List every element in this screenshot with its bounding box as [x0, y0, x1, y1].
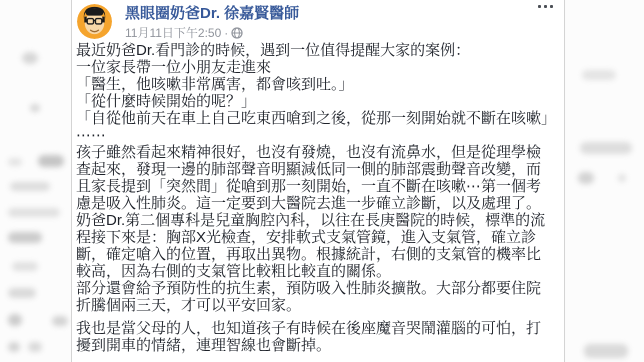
author-link[interactable]: 黑眼圈奶爸Dr. 徐嘉賢醫師: [125, 5, 299, 22]
cartoon-dad-avatar-icon: [77, 4, 112, 39]
post-paragraph: 一位家長帶一位小朋友走進來: [76, 59, 551, 76]
post-paragraph: 「從什麼時候開始的呢？」: [76, 93, 551, 110]
post-paragraph: 「自從他前天在車上自己吃東西嗆到之後，從那一刻開始就不斷在咳嗽」: [76, 110, 551, 127]
post-paragraph: 部分還會給予預防性的抗生素，預防吸入性肺炎擴散。大部分都要住院折騰個兩三天，才可…: [76, 280, 551, 314]
post-card: 黑眼圈奶爸Dr. 徐嘉賢醫師 11月11日下午2:50 ·: [71, 0, 565, 362]
post-header: 黑眼圈奶爸Dr. 徐嘉賢醫師 11月11日下午2:50 ·: [72, 0, 564, 40]
post-paragraph: 奶爸Dr.第二個專科是兒童胸腔內科，以往在長庚醫院的時候，標準的流程接下來是：胸…: [76, 212, 551, 280]
meta-separator: ·: [224, 26, 228, 40]
post-paragraph: 孩子雖然看起來精神很好，也沒有發燒，也沒有流鼻水，但是從理學檢查起來，發現一邊的…: [76, 144, 551, 212]
post-options-button[interactable]: [535, 3, 556, 10]
post-meta-row: 11月11日下午2:50 ·: [125, 24, 556, 41]
post-text: 最近奶爸Dr.看門診的時候，遇到一位值得提醒大家的案例：一位家長帶一位小朋友走進…: [72, 40, 564, 354]
post-paragraph: 最近奶爸Dr.看門診的時候，遇到一位值得提醒大家的案例：: [76, 42, 551, 59]
background-right-blur: [566, 0, 644, 362]
avatar[interactable]: [77, 4, 112, 39]
background-left-blur: [0, 0, 71, 362]
ellipsis-icon: [538, 5, 553, 8]
post-paragraph: ⋯⋯: [76, 127, 551, 144]
facebook-feed: 黑眼圈奶爸Dr. 徐嘉賢醫師 11月11日下午2:50 ·: [0, 0, 644, 362]
post-paragraph: 「醫生，他咳嗽非常厲害，都會咳到吐。」: [76, 76, 551, 93]
post-paragraph: 我也是當父母的人，也知道孩子有時候在後座魔音哭鬧灌腦的可怕，打擾到開車的情緒，連…: [76, 320, 551, 354]
timestamp-link[interactable]: 11月11日下午2:50: [125, 24, 221, 41]
globe-icon: [231, 27, 243, 39]
post-header-meta: 黑眼圈奶爸Dr. 徐嘉賢醫師 11月11日下午2:50 ·: [125, 4, 556, 41]
